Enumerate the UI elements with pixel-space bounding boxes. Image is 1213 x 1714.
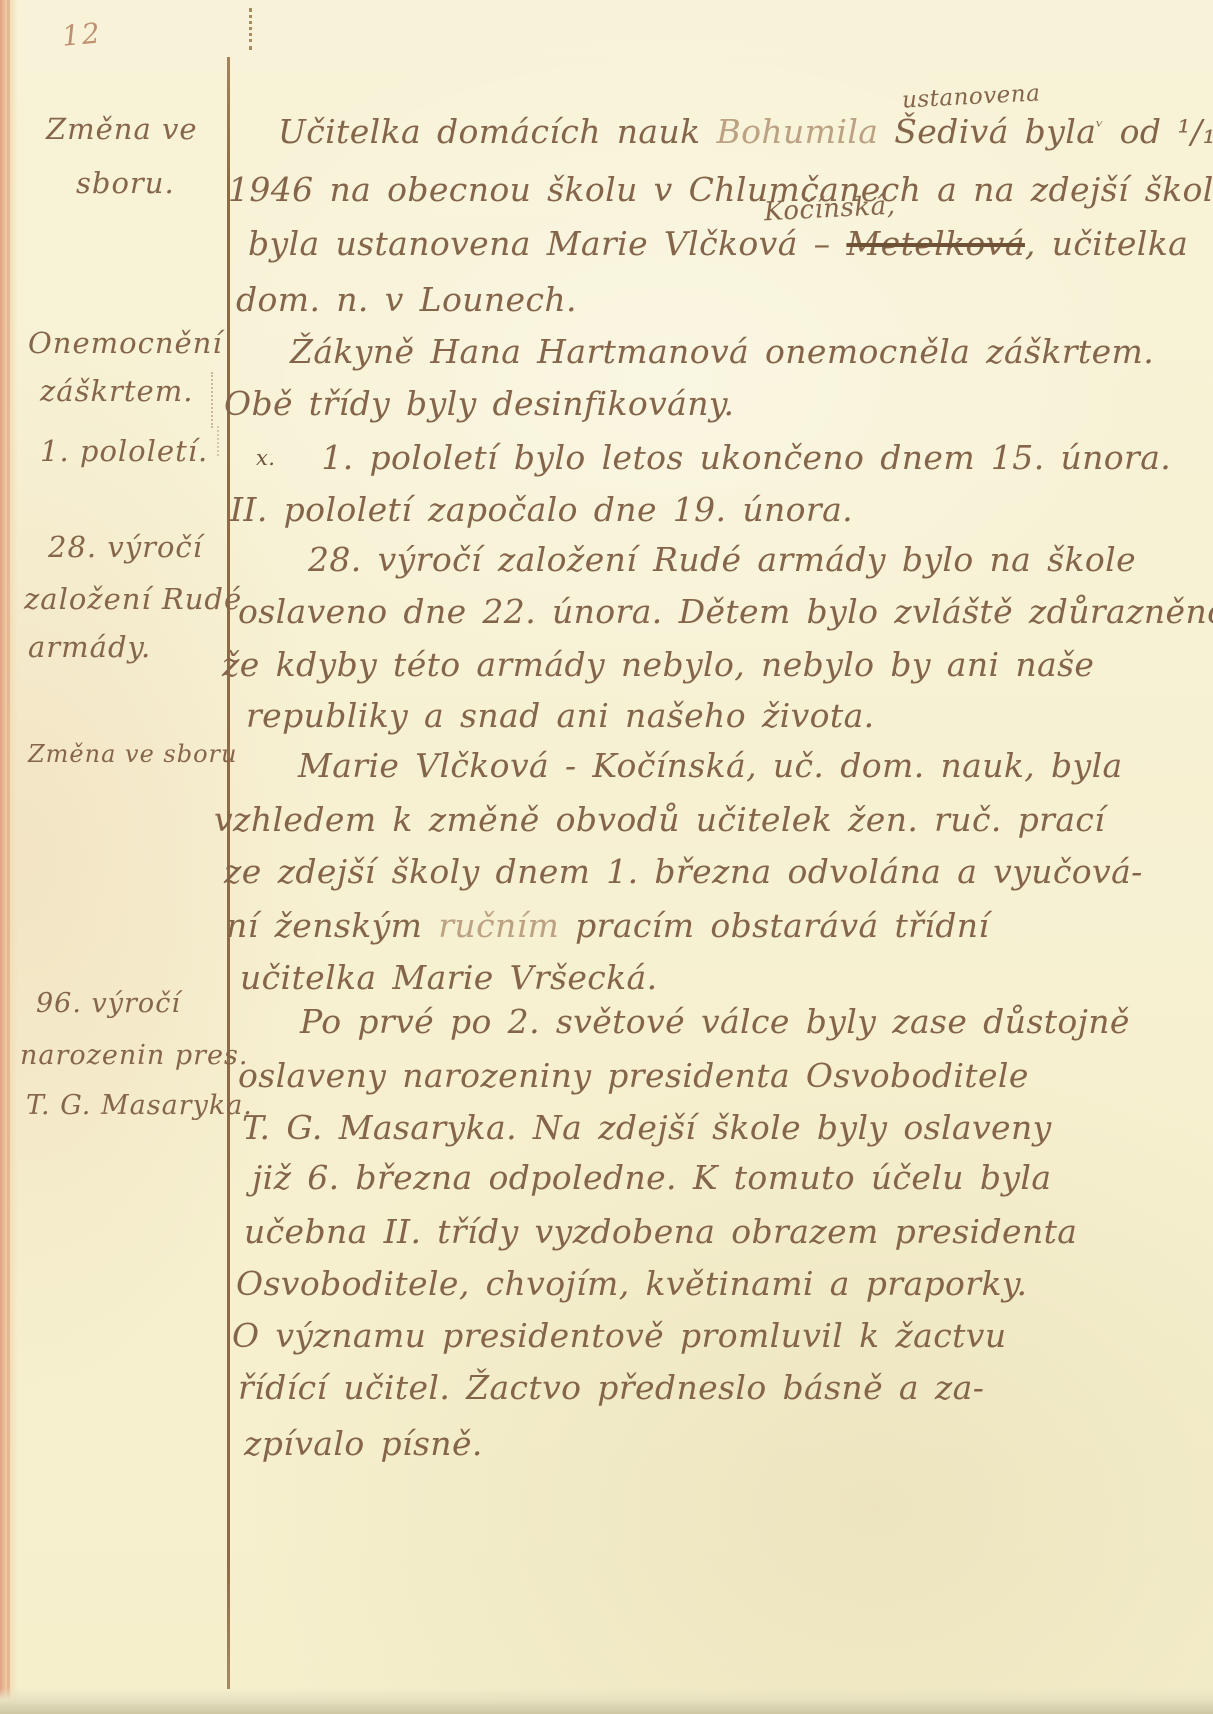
insertion-above-line: ustanovena xyxy=(901,80,1041,113)
handwriting-line: Osvoboditele, chvojím, květinami a prapo… xyxy=(236,1264,1027,1303)
handwriting-line: ní ženským ručním pracím obstarává třídn… xyxy=(226,906,989,945)
margin-note-red-army-3: armády. xyxy=(28,630,151,664)
handwriting-line: oslaveny narozeniny presidenta Osvobodit… xyxy=(238,1056,1029,1095)
handwriting-line: republiky a snad ani našeho života. xyxy=(246,696,875,735)
handwriting-line: O významu presidentově promluvil k žactv… xyxy=(232,1316,1007,1355)
handwriting-line: byla ustanovena Marie Vlčková – Metelkov… xyxy=(248,224,1188,263)
margin-note-first-semester: 1. pololetí. xyxy=(40,434,208,468)
margin-note-diphtheria-1: Onemocnění xyxy=(28,326,223,360)
text-segment: byla ustanovena Marie Vlčková – xyxy=(248,224,846,263)
margin-note-red-army-1: 28. výročí xyxy=(48,530,203,564)
insertion-above-line: Kočínská, xyxy=(763,191,896,228)
handwriting-line: Žákyně Hana Hartmanová onemocněla záškrt… xyxy=(290,332,1154,371)
handwriting-line: Učitelka domácích nauk Bohumila Šedivá b… xyxy=(278,112,1213,151)
text-segment: 1. pololetí bylo letos ukončeno dnem 15.… xyxy=(321,438,1171,477)
handwriting-line: vzhledem k změně obvodů učitelek žen. ru… xyxy=(214,800,1105,839)
margin-note-diphtheria-2: záškrtem. xyxy=(40,374,193,408)
handwriting-line: řídící učitel. Žactvo předneslo básně a … xyxy=(238,1368,984,1407)
margin-note-change-staff-second: Změna ve sboru xyxy=(28,740,237,768)
handwriting-line: již 6. března odpoledne. K tomuto účelu … xyxy=(252,1158,1051,1197)
handwriting-line: učitelka Marie Vršecká. xyxy=(240,958,658,997)
handwriting-line: oslaveno dne 22. února. Dětem bylo zvláš… xyxy=(238,592,1213,631)
chronicle-page: 12 Změna ve sboru. Onemocnění záškrtem. … xyxy=(0,0,1213,1714)
ink-dashes-mid2 xyxy=(217,426,219,456)
text-segment: Šedivá byla xyxy=(878,112,1096,151)
ink-dashes-top xyxy=(249,8,252,50)
margin-note-masaryk-2: narozenin pres. xyxy=(20,1040,248,1071)
handwriting-line: Obě třídy byly desinfikovány. xyxy=(224,384,734,423)
handwriting-line: Marie Vlčková - Kočínská, uč. dom. nauk,… xyxy=(298,746,1123,785)
margin-note-change-staff-1: Změna ve xyxy=(46,112,198,146)
insertion-caret: ᵛ xyxy=(1096,116,1103,138)
text-segment: od ¹/₁ xyxy=(1104,112,1213,151)
handwriting-line: dom. n. v Lounech. xyxy=(236,280,577,319)
handwriting-line: T. G. Masaryka. Na zdejší škole byly osl… xyxy=(242,1108,1052,1147)
text-segment: , učitelka xyxy=(1025,224,1188,263)
handwriting-line: ze zdejší školy dnem 1. března odvolána … xyxy=(224,852,1143,891)
text-segment: Učitelka domácích nauk xyxy=(278,112,716,151)
handwriting-line: II. pololetí započalo dne 19. února. xyxy=(230,490,853,529)
handwriting-line: x.1. pololetí bylo letos ukončeno dnem 1… xyxy=(256,438,1171,477)
text-segment: pracím obstarává třídní xyxy=(559,906,989,945)
handwriting-line: Po prvé po 2. světové válce byly zase dů… xyxy=(300,1002,1130,1041)
page-number: 12 xyxy=(61,16,103,52)
struck-out-word: Metelková xyxy=(846,224,1024,263)
margin-note-change-staff-2: sboru. xyxy=(76,166,175,200)
ink-dashes-mid xyxy=(211,372,213,428)
handwriting-line: učebna II. třídy vyzdobena obrazem presi… xyxy=(244,1212,1077,1251)
margin-note-red-army-2: založení Rudé xyxy=(24,582,242,616)
correction-mark: x. xyxy=(256,446,275,470)
handwriting-line: zpívalo písně. xyxy=(244,1424,483,1463)
margin-note-masaryk-1: 96. výročí xyxy=(36,988,181,1019)
page-bottom-edge xyxy=(0,1688,1213,1714)
page-left-edge-line xyxy=(7,0,10,1714)
handwriting-line: 28. výročí založení Rudé armády bylo na … xyxy=(308,540,1136,579)
text-segment-faded: Bohumila xyxy=(716,112,878,151)
margin-note-masaryk-3: T. G. Masaryka. xyxy=(26,1090,253,1121)
text-segment-faded: ručním xyxy=(438,906,559,945)
handwriting-line: že kdyby této armády nebylo, nebylo by a… xyxy=(222,645,1094,684)
text-segment: ní ženským xyxy=(226,906,438,945)
handwriting-line: 1946 na obecnou školu v Chlumčanech a na… xyxy=(228,170,1213,209)
